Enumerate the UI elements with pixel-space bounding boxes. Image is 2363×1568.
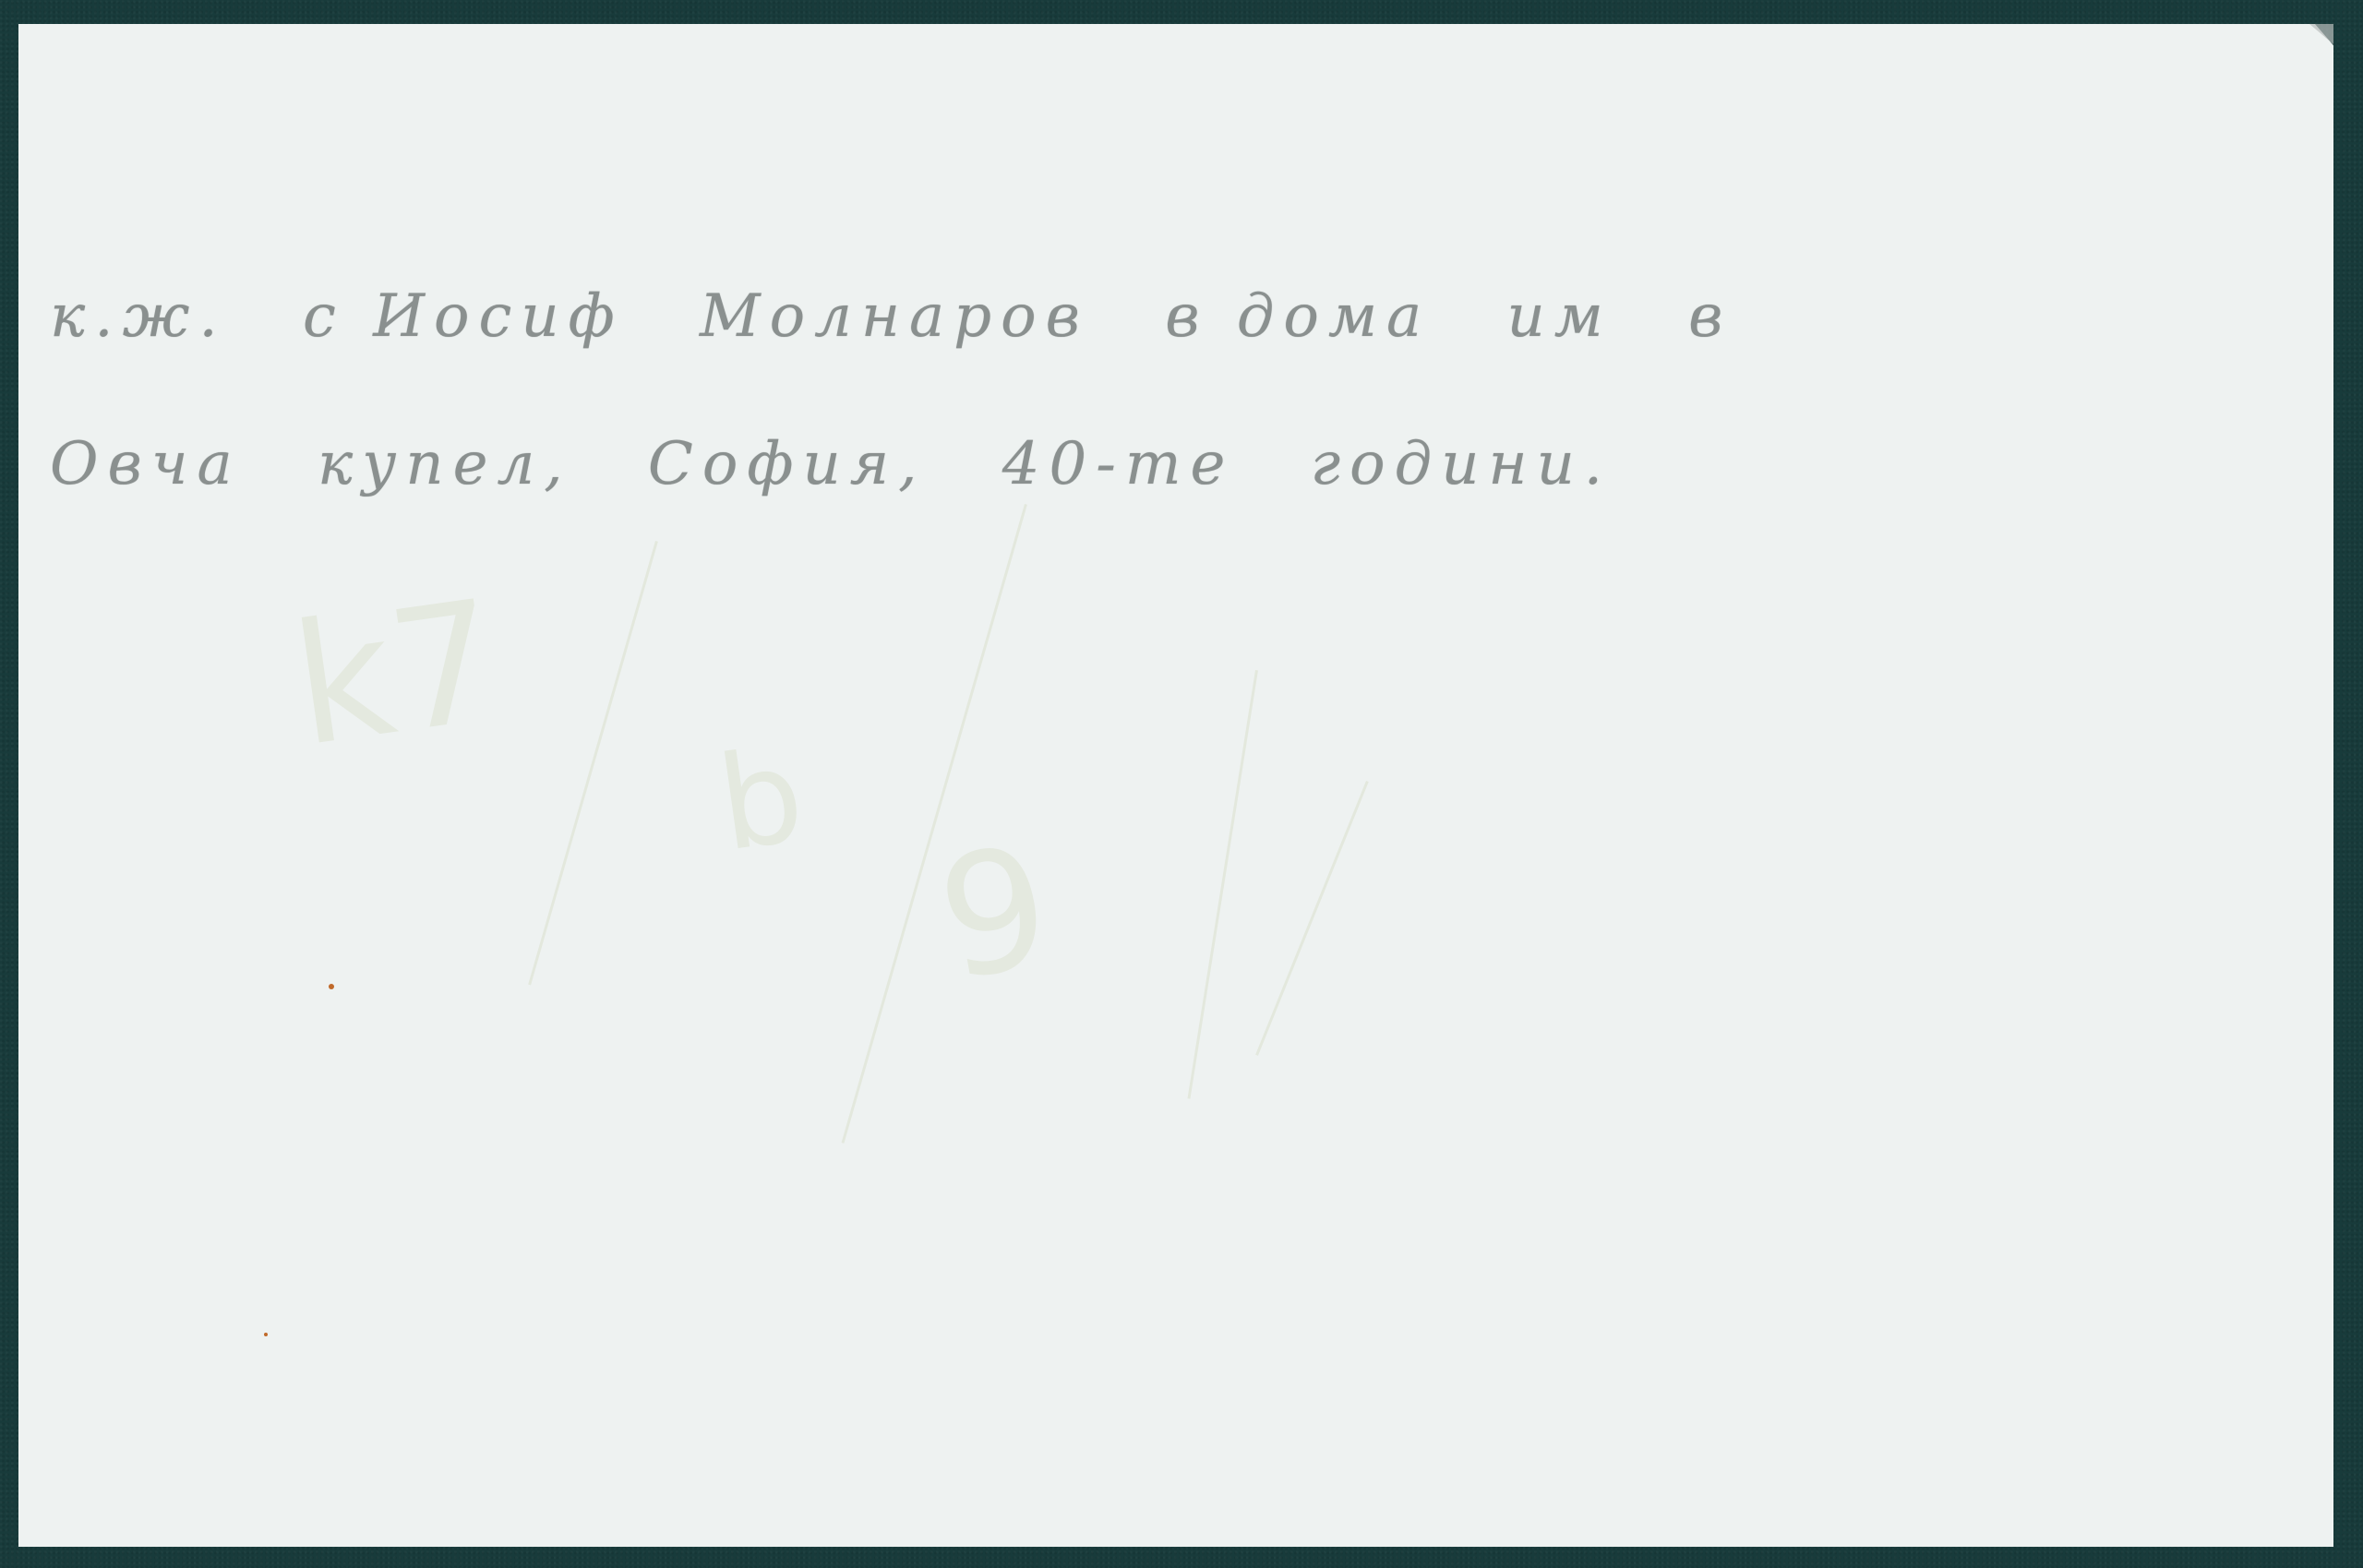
inscription-word: 40-те [1002,430,1235,498]
inscription-line-2: Овча купел, София, 40-те години. [50,430,1660,498]
stain-spot [264,1333,268,1336]
inscription-word: София, [648,430,927,498]
inscription-word: Овча [50,430,242,498]
photo-back-card: к.ж. с Иосиф Молнаров в дома им в Овча к… [18,24,2333,1547]
inscription-word: купел, [318,430,572,498]
inscription-word: години. [1311,430,1612,498]
inscription-word: Молнаров [700,282,1089,351]
pencil-inscription: к.ж. с Иосиф Молнаров в дома им в Овча к… [18,24,2333,1547]
inscription-word: к.ж. [50,282,227,351]
faint-mark: k7 [283,565,510,784]
stain-spot [329,984,334,989]
inscription-word: им [1507,282,1613,351]
inscription-line-1: к.ж. с Иосиф Молнаров в дома им в [50,282,1780,351]
inscription-word: в дома [1165,282,1431,351]
inscription-word: в [1688,282,1732,351]
inscription-word: с Иосиф [303,282,624,351]
